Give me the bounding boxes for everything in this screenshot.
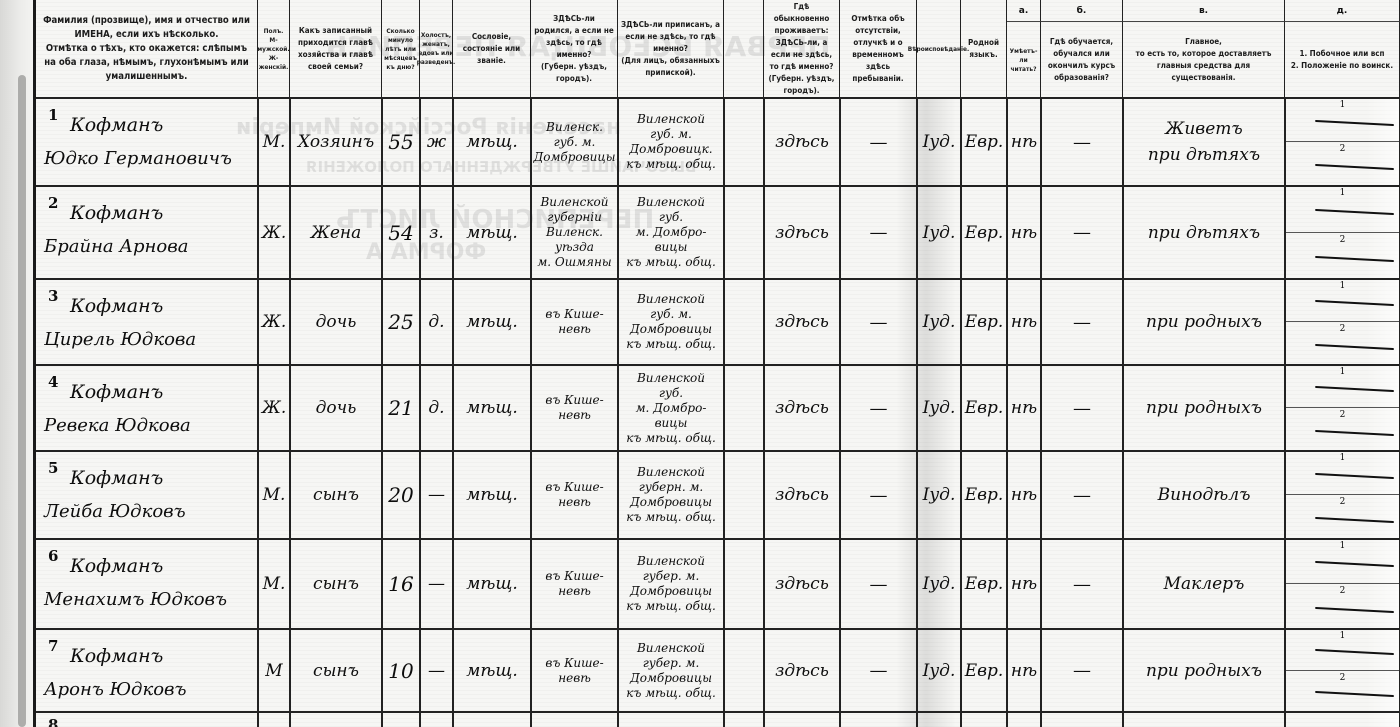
column-rule [381,98,383,727]
row-number: 2 [48,194,58,212]
native-language: Евр. [961,539,1007,629]
native-language: Евр. [961,186,1007,279]
secondary-line-2: 2 [1285,142,1400,186]
secondary-line-2: 2 [1285,584,1400,629]
person-name-cell: 7КофманъАронъ Юдковъ [36,629,258,712]
surname: Кофманъ [70,202,163,224]
marital-status: з. [420,186,453,279]
given-name-patronymic: Ревека Юдкова [44,415,191,436]
sex: М [258,629,290,712]
surname: Кофманъ [70,381,163,403]
registered-place: Виленской губерн. м. Домбровицы къ мѣщ. … [618,451,724,539]
estate: мѣщ. [453,539,531,629]
occupation: при родныхъ [1123,629,1285,712]
birthplace: въ Кише- невѣ [531,365,618,451]
blank-dash [1315,164,1394,170]
column-rule [289,98,291,727]
residence: здѣсь [764,279,840,365]
blank-dash [1315,256,1394,262]
row-number: 5 [48,459,58,477]
column-header-birthplace: ЗДѢСЬ-ли родился, а если не здѣсь, то гд… [531,0,618,98]
column-rule [530,98,532,727]
blank-dash [1315,691,1394,697]
person-name-cell: 6КофманъМенахимъ Юдковъ [36,539,258,629]
column-header-relation: Какъ записанный приходится главѣ хозяйст… [290,0,382,98]
column-rule [1122,98,1124,727]
blank-dash [1315,607,1394,613]
blank-dash [1315,517,1394,523]
scan-left-margin [0,0,34,727]
secondary-occupation-cell: 12 [1285,98,1400,186]
literacy: нѣ [1007,629,1041,712]
age: 55 [382,98,420,186]
binding-strip [18,75,26,727]
marital-status: — [420,629,453,712]
birthplace: въ Кише- невѣ [531,451,618,539]
literacy: нѣ [1007,539,1041,629]
native-language: Евр. [961,365,1007,451]
sex: Ж. [258,279,290,365]
estate: мѣщ. [453,365,531,451]
native-language: Евр. [961,98,1007,186]
registered-place: Виленской губ. м. Домбровицы къ мѣщ. общ… [618,279,724,365]
birthplace: Виленск. губ. м. Домбровицы [531,98,618,186]
column-rule [617,98,619,727]
secondary-line-2: 2 [1285,322,1400,365]
column-header-marital: Холостъ, женатъ, вдовъ или разведенъ. [420,0,453,98]
relation: сынъ [290,451,382,539]
age: 16 [382,539,420,629]
column-header-literacy: Умѣетъ-ли читать? [1007,22,1041,98]
line-number: 2 [1340,144,1346,154]
blank-dash [1315,649,1394,655]
column-rule [839,98,841,727]
surname: Кофманъ [70,645,163,667]
secondary-line-1: 1 [1285,451,1400,495]
column-subheader-occupation: в. [1123,0,1285,22]
literacy: нѣ [1007,365,1041,451]
surname: Кофманъ [70,114,163,136]
age: 21 [382,365,420,451]
absence-note: — [840,279,917,365]
blank-dash [1315,430,1394,436]
row-number: 3 [48,287,58,305]
row-number: 4 [48,373,58,391]
column-rule [1040,98,1042,727]
secondary-line-1: 1 [1285,98,1400,142]
secondary-line-1: 1 [1285,629,1400,671]
line-number: 2 [1340,586,1346,596]
column-rule [1284,98,1286,727]
absence-note: — [840,539,917,629]
literacy: нѣ [1007,279,1041,365]
person-name-cell: 4КофманъРевека Юдкова [36,365,258,451]
birthplace: Виленской губерніи Виленск. уѣзда м. Ошм… [531,186,618,279]
surname: Кофманъ [70,555,163,577]
residence: здѣсь [764,98,840,186]
education: — [1041,98,1123,186]
given-name-patronymic: Юдко Германовичъ [44,148,232,169]
column-rule [723,98,725,727]
registered-place: Виленской губ. м. Домбро- вицы къ мѣщ. о… [618,186,724,279]
religion: Іуд. [917,365,961,451]
column-header-blank [724,0,764,98]
column-header-name: Фамилия (прозвище), имя и отчество или И… [36,0,258,98]
line-number: 1 [1340,541,1346,551]
birthplace: въ Кише- невѣ [531,629,618,712]
table-row: 3КофманъЦирель ЮдковаЖ.дочь25д.мѣщ.въ Ки… [36,279,1400,365]
blank-dash [1315,209,1394,215]
education: — [1041,451,1123,539]
blank-dash [1315,120,1394,126]
residence: здѣсь [764,539,840,629]
line-number: 1 [1340,281,1346,291]
birthplace: въ Кише- невѣ [531,279,618,365]
line-number: 1 [1340,367,1346,377]
residence: здѣсь [764,186,840,279]
secondary-line-2: 2 [1285,233,1400,280]
occupation: при родныхъ [1123,279,1285,365]
row-number: 1 [48,106,58,124]
sex: Ж. [258,186,290,279]
column-header-occupation: Главное, то есть то, которое доставляетъ… [1123,22,1285,98]
education: — [1041,629,1123,712]
secondary-occupation-cell: 12 [1285,186,1400,279]
secondary-occupation-cell: 12 [1285,279,1400,365]
registered-place: Виленской губер. м. Домбровицы къ мѣщ. о… [618,539,724,629]
estate: мѣщ. [453,629,531,712]
secondary-line-1: 1 [1285,186,1400,233]
estate: мѣщ. [453,186,531,279]
secondary-line-1: 1 [1285,539,1400,584]
absence-note: — [840,186,917,279]
estate: мѣщ. [453,98,531,186]
given-name-patronymic: Брайна Арнова [44,236,188,257]
column-header-registered: ЗДѢСЬ-ли приписанъ, а если не здѣсь, то … [618,0,724,98]
line-number: 1 [1340,631,1346,641]
religion: Іуд. [917,279,961,365]
surname: Кофманъ [70,295,163,317]
relation: сынъ [290,629,382,712]
table-row: 2КофманъБрайна АрноваЖ.Жена54з.мѣщ.Вилен… [36,186,1400,279]
literacy: нѣ [1007,98,1041,186]
marital-status: ж [420,98,453,186]
table-row: 1КофманъЮдко ГермановичъМ.Хозяинъ55жмѣщ.… [36,98,1400,186]
column-rule [1006,98,1008,727]
column-header-language: Родной языкъ. [961,0,1007,98]
column-subheader-literacy: а. [1007,0,1041,22]
given-name-patronymic: Цирель Юдкова [44,329,196,350]
table-row: 6КофманъМенахимъ ЮдковъМ.сынъ16—мѣщ.въ К… [36,539,1400,629]
relation: Жена [290,186,382,279]
marital-status: д. [420,279,453,365]
line-number: 1 [1340,100,1346,110]
absence-note: — [840,629,917,712]
age: 20 [382,451,420,539]
table-row: 7КофманъАронъ ЮдковъМсынъ10—мѣщ.въ Кише-… [36,629,1400,712]
residence: здѣсь [764,451,840,539]
census-sheet: населенія Россійской Имперіи ВЫСОЧАЙШЕ У… [36,0,1400,727]
relation: дочь [290,365,382,451]
absence-note: — [840,98,917,186]
religion: Іуд. [917,98,961,186]
age: 25 [382,279,420,365]
occupation: Маклеръ [1123,539,1285,629]
occupation: Живетъ при дѣтяхъ [1123,98,1285,186]
occupation: при родныхъ [1123,365,1285,451]
table-row: 5КофманъЛейба ЮдковъМ.сынъ20—мѣщ.въ Кише… [36,451,1400,539]
blank-dash [1315,300,1394,306]
person-name-cell: 2КофманъБрайна Арнова [36,186,258,279]
row-number: 8 [48,716,58,727]
column-rule [452,98,454,727]
column-header-secondary: 1. Побочное или всп 2. Положеніе по воин… [1285,22,1400,98]
column-rule [257,98,259,727]
literacy: нѣ [1007,451,1041,539]
secondary-line-2: 2 [1285,408,1400,451]
column-header-residence: Гдѣ обыкновенно проживаетъ: ЗДѢСЬ-ли, а … [764,0,840,98]
column-header-education: Гдѣ обучается, обучался или окончилъ кур… [1041,22,1123,98]
sex: М. [258,98,290,186]
relation: дочь [290,279,382,365]
secondary-occupation-cell: 12 [1285,539,1400,629]
religion: Іуд. [917,186,961,279]
education: — [1041,279,1123,365]
column-rule [960,98,962,727]
registered-place: Виленской губ. м. Домбро- вицы къ мѣщ. о… [618,365,724,451]
table-row: 4КофманъРевека ЮдковаЖ.дочь21д.мѣщ.въ Ки… [36,365,1400,451]
education: — [1041,539,1123,629]
secondary-line-1: 1 [1285,365,1400,408]
column-header-religion: Вѣроисповѣданіе. [917,0,961,98]
sex: Ж. [258,365,290,451]
education: — [1041,186,1123,279]
line-number: 2 [1340,324,1346,334]
literacy: нѣ [1007,186,1041,279]
marital-status: д. [420,365,453,451]
estate: мѣщ. [453,451,531,539]
marital-status: — [420,451,453,539]
column-header-sex: Полъ. М-мужской. Ж-женскій. [258,0,290,98]
surname: Кофманъ [70,467,163,489]
blank-dash [1315,561,1394,567]
row-rule [36,711,1400,713]
birthplace: въ Кише- невѣ [531,539,618,629]
secondary-occupation-cell: 12 [1285,451,1400,539]
line-number: 2 [1340,235,1346,245]
relation: сынъ [290,539,382,629]
line-number: 2 [1340,410,1346,420]
given-name-patronymic: Аронъ Юдковъ [44,679,187,700]
relation: Хозяинъ [290,98,382,186]
native-language: Евр. [961,629,1007,712]
education: — [1041,365,1123,451]
secondary-occupation-cell: 12 [1285,365,1400,451]
given-name-patronymic: Менахимъ Юдковъ [44,589,227,610]
sex: М. [258,451,290,539]
column-header-age: Сколько минуло лѣтъ или мѣсяцевъ къ дню? [382,0,420,98]
column-rule [916,98,918,727]
column-header-absence: Отмѣтка объ отсутствіи, отлучкѣ и о врем… [840,0,917,98]
person-name-cell: 1КофманъЮдко Германовичъ [36,98,258,186]
absence-note: — [840,365,917,451]
registered-place: Виленской губер. м. Домбровицы къ мѣщ. о… [618,629,724,712]
religion: Іуд. [917,539,961,629]
row-number: 6 [48,547,58,565]
marital-status: — [420,539,453,629]
occupation: при дѣтяхъ [1123,186,1285,279]
secondary-occupation-cell: 12 [1285,629,1400,712]
person-name-cell: 3КофманъЦирель Юдкова [36,279,258,365]
sex: М. [258,539,290,629]
line-number: 2 [1340,673,1346,683]
secondary-line-1: 1 [1285,279,1400,322]
residence: здѣсь [764,629,840,712]
religion: Іуд. [917,629,961,712]
religion: Іуд. [917,451,961,539]
estate: мѣщ. [453,279,531,365]
native-language: Евр. [961,279,1007,365]
column-rule [763,98,765,727]
blank-dash [1315,473,1394,479]
column-subheader-secondary: д. [1285,0,1400,22]
line-number: 1 [1340,453,1346,463]
blank-dash [1315,386,1394,392]
secondary-line-2: 2 [1285,671,1400,713]
native-language: Евр. [961,451,1007,539]
age: 54 [382,186,420,279]
registered-place: Виленской губ. м. Домбровицк. къ мѣщ. об… [618,98,724,186]
person-name-cell: 5КофманъЛейба Юдковъ [36,451,258,539]
blank-dash [1315,344,1394,350]
secondary-line-2: 2 [1285,495,1400,539]
column-header-estate: Сословіе, состояніе или званіе. [453,0,531,98]
column-rule [419,98,421,727]
occupation: Винодѣлъ [1123,451,1285,539]
given-name-patronymic: Лейба Юдковъ [44,501,186,522]
row-number: 7 [48,637,58,655]
residence: здѣсь [764,365,840,451]
age: 10 [382,629,420,712]
column-subheader-education: б. [1041,0,1123,22]
line-number: 2 [1340,497,1346,507]
line-number: 1 [1340,188,1346,198]
absence-note: — [840,451,917,539]
